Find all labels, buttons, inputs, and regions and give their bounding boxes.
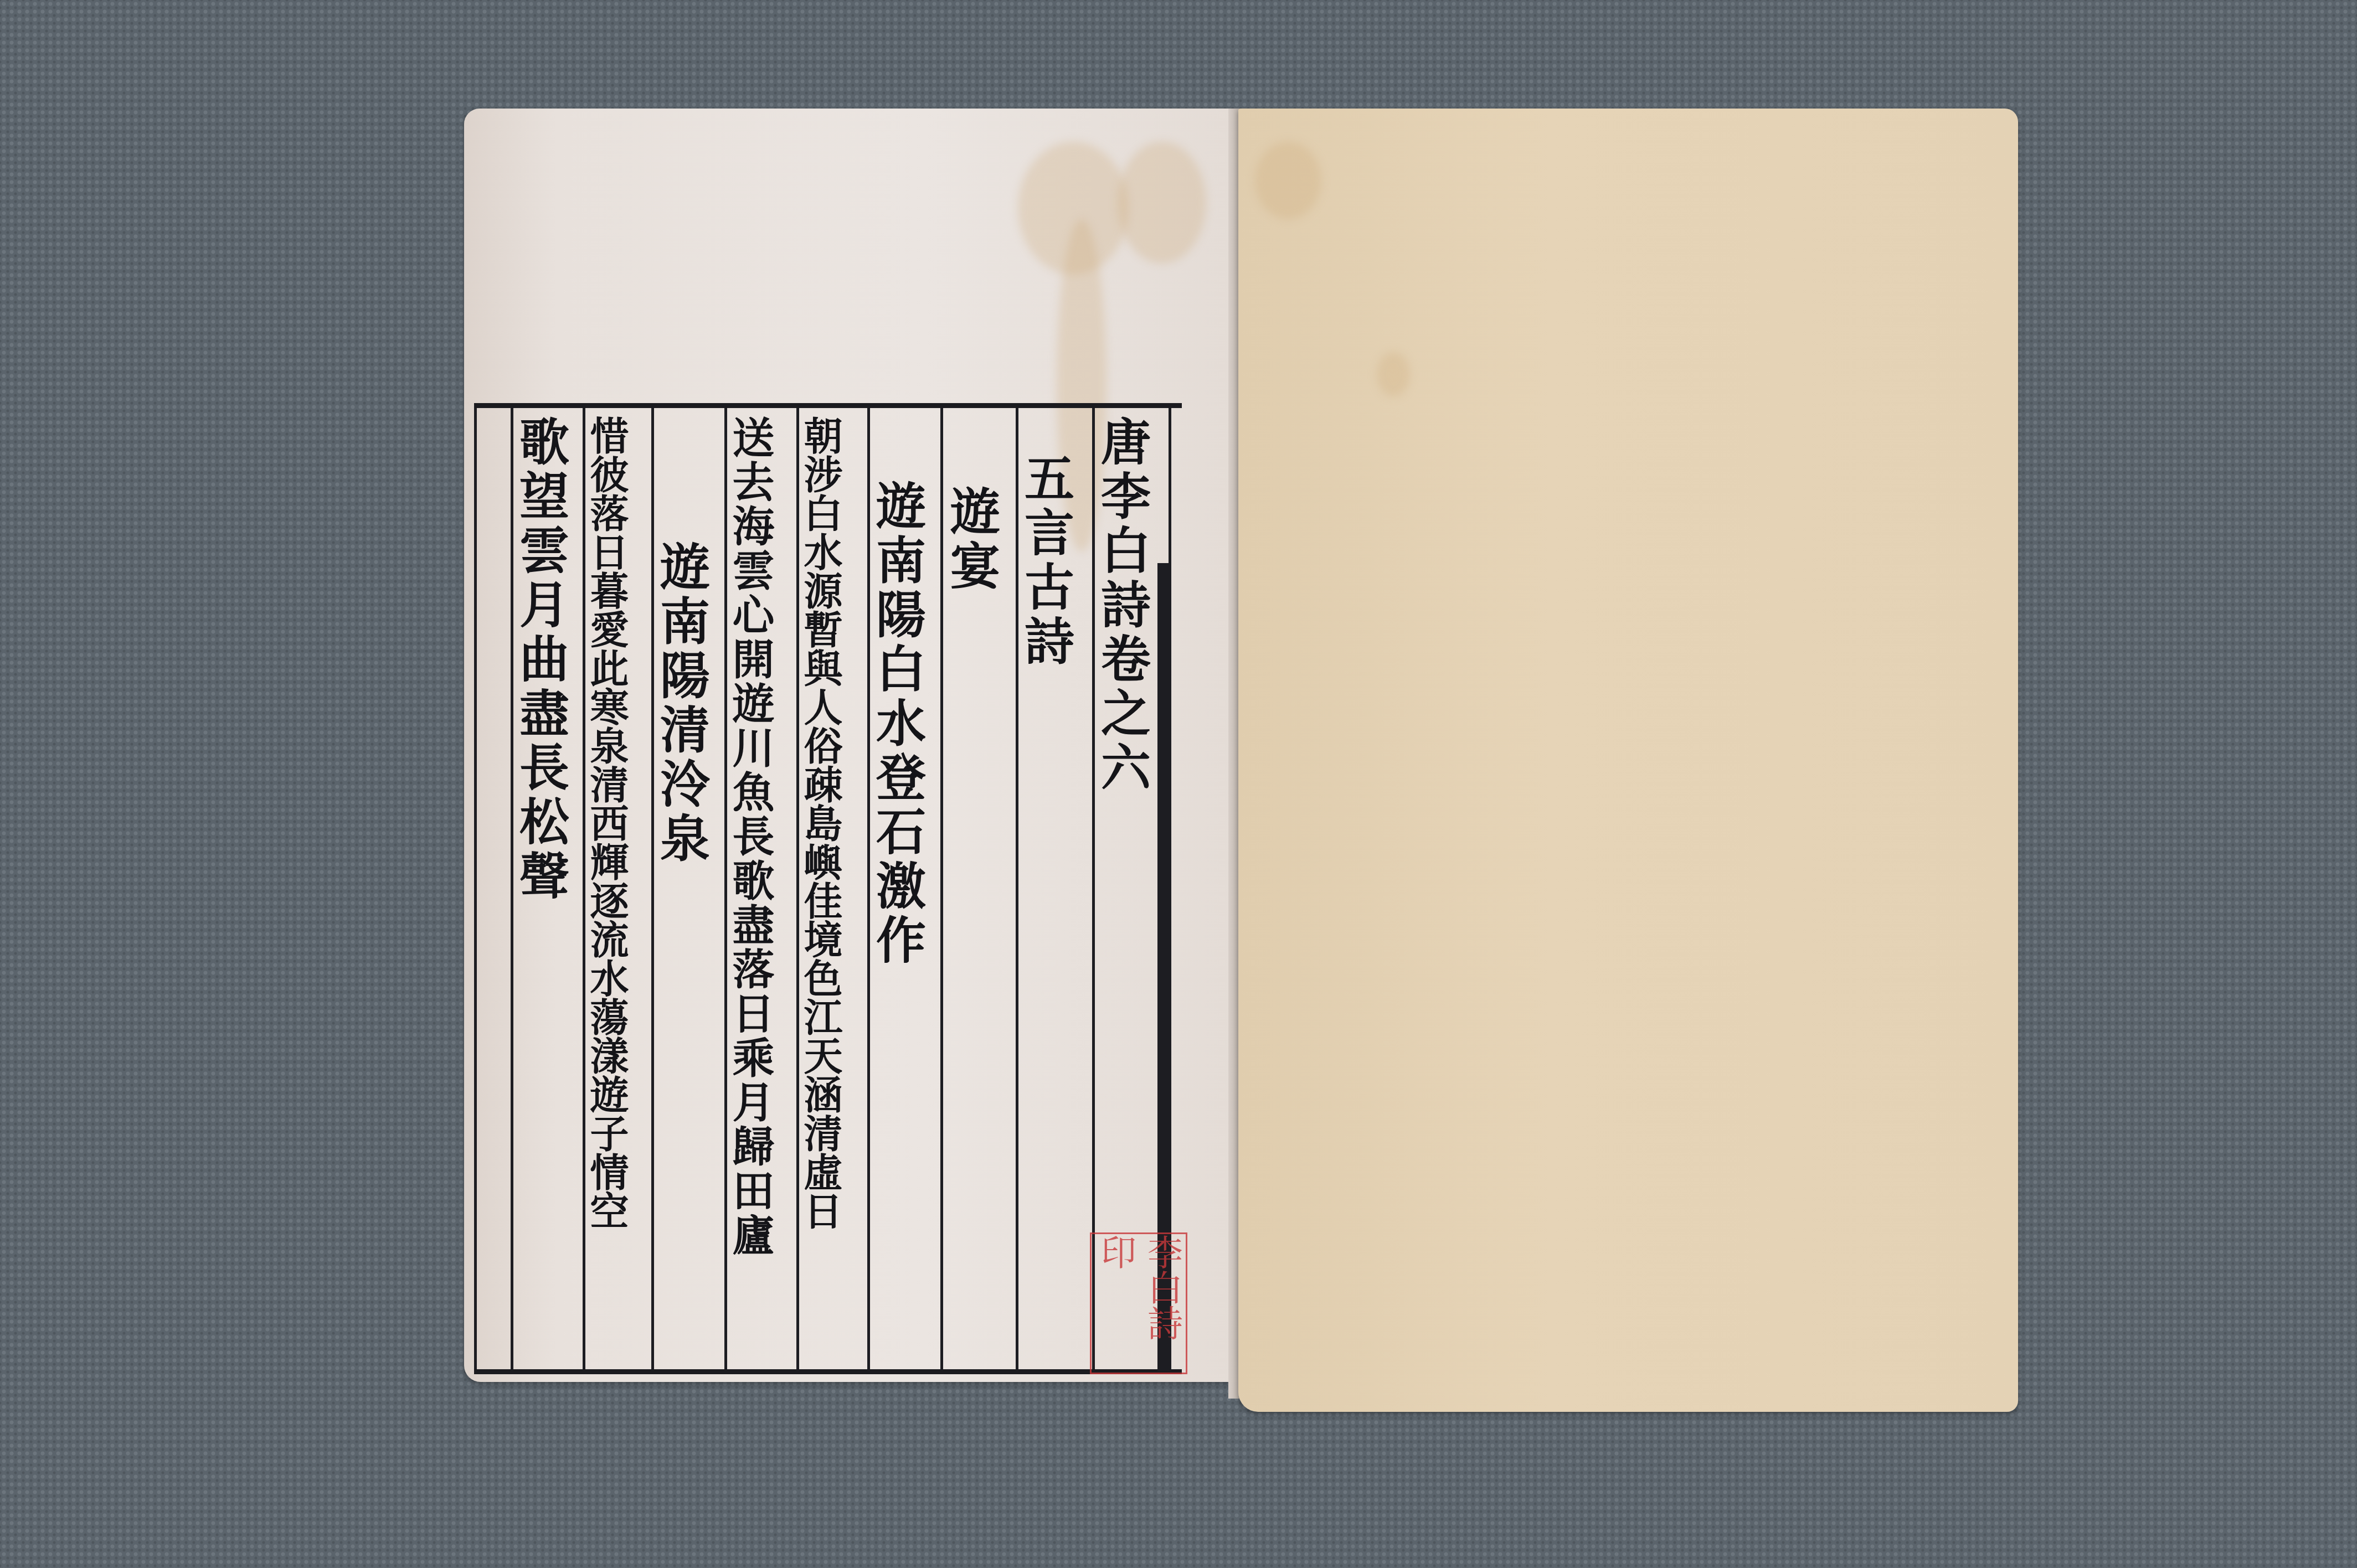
- poem-line: 惜彼落日暮愛此寒泉清西輝逐流水蕩漾遊子情空: [587, 416, 626, 1230]
- category-heading: 遊宴: [946, 486, 996, 594]
- water-stain: [1377, 352, 1410, 396]
- water-stain: [1118, 142, 1206, 264]
- poem-title: 遊南陽白水登石激作: [872, 480, 922, 968]
- poem-line: 歌望雲月曲盡長松聲: [515, 416, 565, 904]
- water-stain: [1255, 142, 1321, 219]
- poem-title: 遊南陽清泠泉: [656, 541, 706, 866]
- poem-line: 送去海雲心開遊川魚長歌盡落日乘月歸田廬: [729, 416, 771, 1257]
- genre-heading: 五言古詩: [1020, 452, 1070, 669]
- printed-frame: 唐李白詩卷之六 五言古詩 遊宴 遊南陽白水登石激作 朝涉白水源暫與人俗疎島嶼佳境…: [474, 403, 1182, 1374]
- poem-line: 朝涉白水源暫與人俗疎島嶼佳境色江天涵清虛日: [801, 416, 840, 1230]
- book-gutter: [1228, 109, 1239, 1399]
- red-seal-stamp: 李白詩印: [1090, 1232, 1187, 1374]
- volume-title: 唐李白詩卷之六: [1097, 416, 1146, 796]
- right-page: [1238, 109, 2018, 1412]
- column-rule: [474, 408, 477, 1369]
